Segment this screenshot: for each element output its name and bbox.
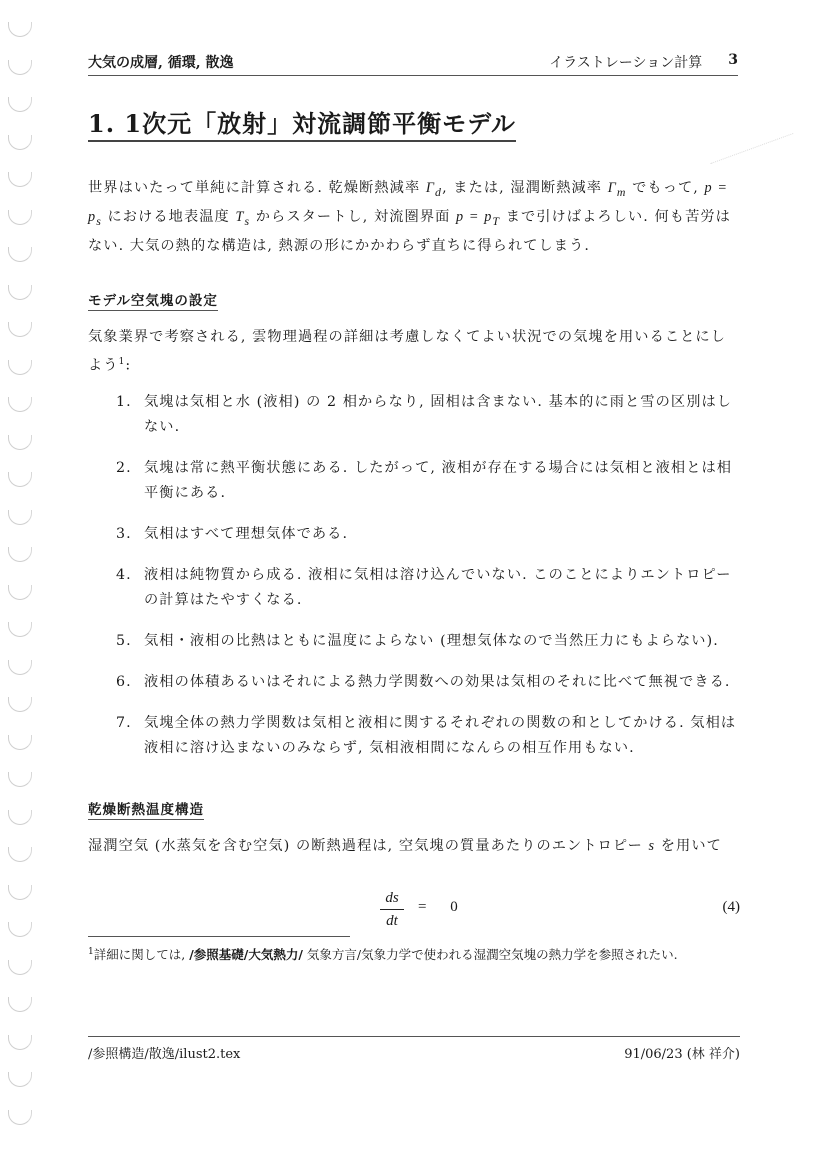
binder-ring [8, 210, 32, 225]
text: 湿潤空気 (水蒸気を含む空気) の断熱過程は, 空気塊の質量あたりのエントロピー [88, 838, 649, 854]
math-p: p = p [456, 209, 492, 225]
math-gamma: Γ [608, 180, 617, 196]
text: を用いて [655, 838, 722, 854]
item-text: 気塊全体の熱力学関数は気相と液相に関するそれぞれの関数の和としてかける. 気相は… [144, 715, 736, 756]
scan-artifact [710, 133, 793, 165]
list-item: 6.液相の体積あるいはそれによる熱力学関数への効果は気相のそれに比べて無視できる… [116, 670, 740, 695]
math-gamma: Γ [426, 180, 435, 196]
binder-ring [8, 697, 32, 712]
binder-ring [8, 847, 32, 862]
text: からスタートし, 対流圏界面 [250, 209, 456, 225]
binder-ring [8, 1072, 32, 1087]
header-section: イラストレーション計算 [549, 52, 702, 72]
item-number: 3. [116, 522, 132, 547]
list-item: 1.気塊は気相と水 (液相) の 2 相からなり, 固相は含まない. 基本的に雨… [116, 390, 740, 440]
text: における地表温度 [102, 209, 236, 225]
binder-ring [8, 435, 32, 450]
binder-ring [8, 960, 32, 975]
math-sub: T [492, 214, 500, 228]
binder-ring [8, 1035, 32, 1050]
binder-ring [8, 472, 32, 487]
binder-ring [8, 510, 32, 525]
binder-ring [8, 885, 32, 900]
binder-ring [8, 660, 32, 675]
item-number: 2. [116, 456, 132, 481]
header-chapter: 大気の成層, 循環, 散逸 [88, 52, 234, 72]
binder-ring [8, 810, 32, 825]
text: : [125, 358, 131, 374]
binder-ring [8, 285, 32, 300]
binder-ring [8, 585, 32, 600]
running-header: 大気の成層, 循環, 散逸 イラストレーション計算 3 [88, 52, 738, 76]
section-title: 1. 1次元「放射」対流調節平衡モデル [88, 104, 516, 142]
item-text: 液相の体積あるいはそれによる熱力学関数への効果は気相のそれに比べて無視できる. [144, 674, 731, 690]
text: でもって, [627, 180, 699, 196]
binder-ring [8, 997, 32, 1012]
item-number: 6. [116, 670, 132, 695]
text: , または, 湿潤断熱減率 [442, 180, 608, 196]
fraction-bar [380, 909, 404, 910]
math-sub: d [435, 185, 442, 199]
list-item: 3.気相はすべて理想気体である. [116, 522, 740, 547]
text: 気象業界で考察される, 雲物理過程の詳細は考慮しなくてよい状況での気塊を用いるこ… [88, 329, 726, 374]
item-text: 気相・液相の比熱はともに温度によらない (理想気体なので当然圧力にもよらない). [144, 633, 719, 649]
binder-ring [8, 22, 32, 37]
fraction: ds dt [380, 888, 404, 931]
footnote-rule [88, 936, 350, 937]
running-footer: /参照構造/散逸/ilust2.tex 91/06/23 (林 祥介) [88, 1036, 740, 1062]
intro-paragraph: 世界はいたって単純に計算される. 乾燥断熱減率 Γd, または, 湿潤断熱減率 … [88, 176, 740, 259]
item-text: 気塊は気相と水 (液相) の 2 相からなり, 固相は含まない. 基本的に雨と雪… [144, 394, 732, 435]
adiabatic-paragraph: 湿潤空気 (水蒸気を含む空気) の断熱過程は, 空気塊の質量あたりのエントロピー… [88, 834, 740, 859]
binder-ring [8, 172, 32, 187]
list-item: 5.気相・液相の比熱はともに温度によらない (理想気体なので当然圧力にもよらない… [116, 629, 740, 654]
item-number: 5. [116, 629, 132, 654]
equation-rhs: = 0 [418, 899, 468, 916]
list-item: 4.液相は純物質から成る. 液相に気相は溶け込んでいない. このことによりエント… [116, 563, 740, 613]
text: 気象方言/気象力学で使われる湿潤空気塊の熱力学を参照されたい. [303, 947, 678, 962]
binder-ring [8, 547, 32, 562]
binder-ring [8, 772, 32, 787]
date-author: 91/06/23 (林 祥介) [624, 1043, 740, 1062]
subsection-heading: 乾燥断熱温度構造 [88, 798, 204, 820]
binder-ring [8, 322, 32, 337]
page-number: 3 [728, 52, 738, 72]
binder-holes [0, 0, 40, 1164]
equation-4: ds dt = 0 (4) [88, 886, 740, 936]
numerator: ds [380, 888, 404, 908]
binder-ring [8, 735, 32, 750]
math-sub: m [617, 185, 627, 199]
item-text: 液相は純物質から成る. 液相に気相は溶け込んでいない. このことによりエントロピ… [144, 567, 732, 608]
text: 世界はいたって単純に計算される. 乾燥断熱減率 [88, 180, 426, 196]
binder-ring [8, 60, 32, 75]
equation-number: (4) [723, 899, 741, 916]
item-number: 7. [116, 711, 132, 736]
file-path: /参照構造/散逸/ilust2.tex [88, 1043, 240, 1062]
footnote: 1詳細に関しては, /参照基礎/大気熱力/ 気象方言/気象力学で使われる湿潤空気… [88, 942, 740, 965]
binder-ring [8, 247, 32, 262]
list-item: 2.気塊は常に熱平衡状態にある. したがって, 液相が存在する場合には気相と液相… [116, 456, 740, 506]
item-text: 気相はすべて理想気体である. [144, 526, 348, 542]
binder-ring [8, 622, 32, 637]
subsection-heading: モデル空気塊の設定 [88, 289, 218, 311]
binder-ring [8, 135, 32, 150]
denominator: dt [380, 911, 404, 931]
binder-ring [8, 360, 32, 375]
binder-ring [8, 1110, 32, 1125]
footnote-path: /参照基礎/大気熱力/ [189, 947, 303, 962]
assumption-list: 1.気塊は気相と水 (液相) の 2 相からなり, 固相は含まない. 基本的に雨… [116, 390, 740, 777]
list-item: 7.気塊全体の熱力学関数は気相と液相に関するそれぞれの関数の和としてかける. 気… [116, 711, 740, 761]
binder-ring [8, 922, 32, 937]
text: 詳細に関しては, [94, 947, 189, 962]
item-number: 4. [116, 563, 132, 588]
item-number: 1. [116, 390, 132, 415]
binder-ring [8, 397, 32, 412]
lead-paragraph: 気象業界で考察される, 雲物理過程の詳細は考慮しなくてよい状況での気塊を用いるこ… [88, 325, 740, 379]
item-text: 気塊は常に熱平衡状態にある. したがって, 液相が存在する場合には気相と液相とは… [144, 460, 732, 501]
binder-ring [8, 97, 32, 112]
